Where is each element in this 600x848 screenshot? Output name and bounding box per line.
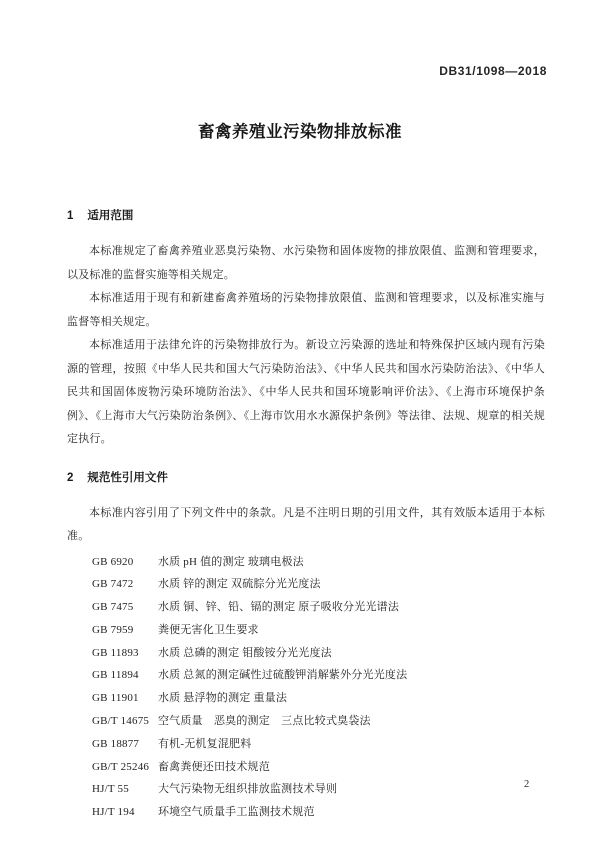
reference-item: GB 6920 水质 pH 值的测定 玻璃电极法 [92, 551, 545, 574]
reference-item: GB 7475 水质 铜、锌、铅、镉的测定 原子吸收分光光谱法 [92, 596, 545, 619]
reference-title: 水质 锌的测定 双硫腙分光光度法 [158, 573, 321, 596]
reference-title: 粪便无害化卫生要求 [158, 619, 259, 642]
reference-title: 有机-无机复混肥料 [158, 733, 251, 756]
page-number: 2 [524, 779, 529, 790]
section-1-paragraph-2: 本标准适用于现有和新建畜禽养殖场的污染物排放限值、监测和管理要求，以及标准实施与… [67, 287, 545, 334]
reference-title: 水质 悬浮物的测定 重量法 [158, 687, 287, 710]
reference-code: GB 11893 [92, 642, 155, 665]
reference-title: 空气质量 恶臭的测定 三点比较式臭袋法 [158, 710, 371, 733]
reference-title: 大气污染物无组织排放监测技术导则 [158, 778, 337, 801]
section-1-number: 1 [67, 206, 73, 226]
page-header: DB31/1098—2018 [67, 62, 547, 80]
document-body: 1适用范围 本标准规定了畜禽养殖业恶臭污染物、水污染物和固体废物的排放限值、监测… [67, 206, 545, 824]
section-2-intro: 本标准内容引用了下列文件中的条款。凡是不注明日期的引用文件，其有效版本适用于本标… [67, 502, 545, 549]
reference-title: 水质 总磷的测定 钼酸铵分光光度法 [158, 642, 332, 665]
document-page: DB31/1098—2018 畜禽养殖业污染物排放标准 1适用范围 本标准规定了… [0, 0, 600, 848]
reference-item: GB/T 14675 空气质量 恶臭的测定 三点比较式臭袋法 [92, 710, 545, 733]
reference-item: HJ/T 194 环境空气质量手工监测技术规范 [92, 801, 545, 824]
reference-item: HJ/T 55 大气污染物无组织排放监测技术导则 [92, 778, 545, 801]
standard-code: DB31/1098—2018 [439, 64, 547, 78]
references-list: GB 6920 水质 pH 值的测定 玻璃电极法 GB 7472 水质 锌的测定… [67, 551, 545, 825]
reference-code: GB 7472 [92, 573, 155, 596]
reference-code: GB 11894 [92, 664, 155, 687]
reference-code: HJ/T 55 [92, 778, 155, 801]
reference-title: 畜禽粪便还田技术规范 [158, 756, 270, 779]
reference-code: GB/T 25246 [92, 756, 155, 779]
reference-code: GB 7959 [92, 619, 155, 642]
reference-title: 水质 pH 值的测定 玻璃电极法 [158, 551, 304, 574]
reference-code: GB 11901 [92, 687, 155, 710]
section-1-paragraph-1: 本标准规定了畜禽养殖业恶臭污染物、水污染物和固体废物的排放限值、监测和管理要求，… [67, 240, 545, 287]
reference-item: GB 7472 水质 锌的测定 双硫腙分光光度法 [92, 573, 545, 596]
reference-item: GB 7959 粪便无害化卫生要求 [92, 619, 545, 642]
reference-title: 水质 铜、锌、铅、镉的测定 原子吸收分光光谱法 [158, 596, 399, 619]
reference-code: GB 6920 [92, 551, 155, 574]
reference-item: GB 11893 水质 总磷的测定 钼酸铵分光光度法 [92, 642, 545, 665]
reference-code: GB 18877 [92, 733, 155, 756]
reference-item: GB 11894 水质 总氮的测定碱性过硫酸钾消解紫外分光光度法 [92, 664, 545, 687]
section-1-title: 适用范围 [87, 210, 133, 222]
reference-code: HJ/T 194 [92, 801, 155, 824]
reference-item: GB/T 25246 畜禽粪便还田技术规范 [92, 756, 545, 779]
reference-code: GB/T 14675 [92, 710, 155, 733]
document-title: 畜禽养殖业污染物排放标准 [0, 118, 600, 142]
section-1-heading: 1适用范围 [67, 206, 545, 226]
reference-item: GB 11901 水质 悬浮物的测定 重量法 [92, 687, 545, 710]
section-2-title: 规范性引用文件 [87, 472, 168, 484]
reference-title: 环境空气质量手工监测技术规范 [158, 801, 315, 824]
section-2-heading: 2规范性引用文件 [67, 468, 545, 488]
reference-item: GB 18877 有机-无机复混肥料 [92, 733, 545, 756]
section-1-paragraph-3: 本标准适用于法律允许的污染物排放行为。新设立污染源的选址和特殊保护区域内现有污染… [67, 334, 545, 452]
section-2-number: 2 [67, 468, 73, 488]
reference-title: 水质 总氮的测定碱性过硫酸钾消解紫外分光光度法 [158, 664, 407, 687]
reference-code: GB 7475 [92, 596, 155, 619]
